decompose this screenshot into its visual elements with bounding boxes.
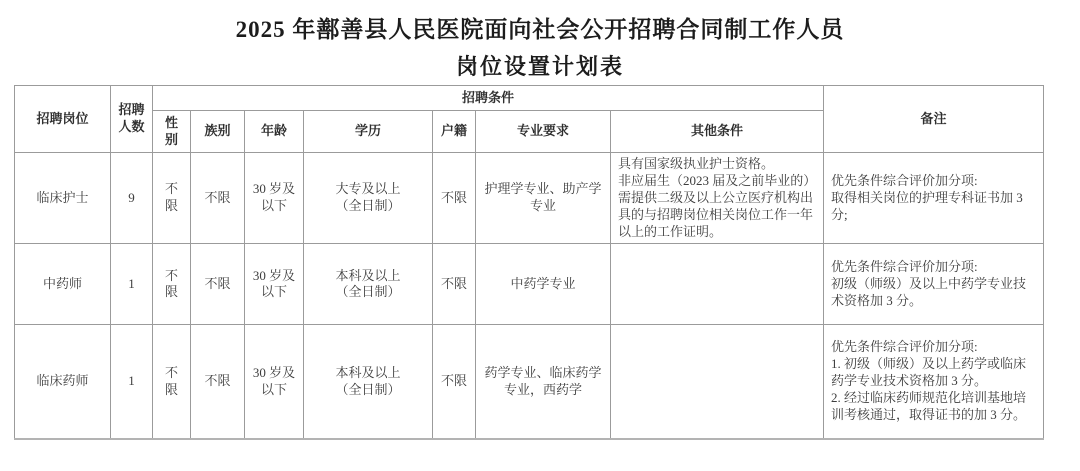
cell-education: 本科及以上 （全日制） xyxy=(304,244,433,325)
cell-major: 药学专业、临床药学专业，西药学 xyxy=(476,325,611,439)
table-row-clinical-pharmacist: 临床药师 1 不限 不限 30 岁及以下 本科及以上 （全日制） 不限 药学专业… xyxy=(15,325,1044,439)
header-household: 户籍 xyxy=(433,111,476,153)
cell-position: 临床护士 xyxy=(15,153,111,244)
cell-remarks: 优先条件综合评价加分项: 初级（师级）及以上中药学专业技术资格加 3 分。 xyxy=(824,244,1044,325)
cell-household: 不限 xyxy=(433,325,476,439)
header-ethnicity: 族别 xyxy=(191,111,245,153)
cell-count: 1 xyxy=(111,244,153,325)
header-major: 专业要求 xyxy=(476,111,611,153)
cell-other-conditions xyxy=(611,325,824,439)
header-education: 学历 xyxy=(304,111,433,153)
cell-other-conditions: 具有国家级执业护士资格。 非应届生（2023 届及之前毕业的）需提供二级及以上公… xyxy=(611,153,824,244)
header-remarks: 备注 xyxy=(824,86,1044,153)
table-row-clinical-nurse: 临床护士 9 不限 不限 30 岁及以下 大专及以上 （全日制） 不限 护理学专… xyxy=(15,153,1044,244)
cell-household: 不限 xyxy=(433,244,476,325)
cell-age: 30 岁及以下 xyxy=(245,153,304,244)
cell-gender: 不限 xyxy=(153,325,191,439)
cell-position: 中药师 xyxy=(15,244,111,325)
cell-age: 30 岁及以下 xyxy=(245,325,304,439)
cell-count: 1 xyxy=(111,325,153,439)
cell-major: 中药学专业 xyxy=(476,244,611,325)
header-position: 招聘岗位 xyxy=(15,86,111,153)
header-other: 其他条件 xyxy=(611,111,824,153)
cell-ethnicity: 不限 xyxy=(191,325,245,439)
document-title: 2025 年鄯善县人民医院面向社会公开招聘合同制工作人员 岗位设置计划表 xyxy=(0,11,1080,81)
cell-count: 9 xyxy=(111,153,153,244)
header-conditions-group: 招聘条件 xyxy=(153,86,824,111)
cell-ethnicity: 不限 xyxy=(191,153,245,244)
cell-education: 本科及以上 （全日制） xyxy=(304,325,433,439)
cell-position: 临床药师 xyxy=(15,325,111,439)
cell-major: 护理学专业、助产学专业 xyxy=(476,153,611,244)
header-row-group: 招聘岗位 招聘人数 招聘条件 备注 xyxy=(15,86,1044,111)
header-age: 年龄 xyxy=(245,111,304,153)
header-gender: 性别 xyxy=(153,111,191,153)
recruitment-plan-table: 招聘岗位 招聘人数 招聘条件 备注 性别 族别 年龄 学历 户籍 专业要求 其他… xyxy=(14,85,1044,440)
title-line-2: 岗位设置计划表 xyxy=(0,50,1080,81)
header-count: 招聘人数 xyxy=(111,86,153,153)
title-line-1: 2025 年鄯善县人民医院面向社会公开招聘合同制工作人员 xyxy=(0,11,1080,44)
cell-gender: 不限 xyxy=(153,244,191,325)
cell-household: 不限 xyxy=(433,153,476,244)
table-row-tcm-pharmacist: 中药师 1 不限 不限 30 岁及以下 本科及以上 （全日制） 不限 中药学专业… xyxy=(15,244,1044,325)
cell-ethnicity: 不限 xyxy=(191,244,245,325)
cell-other-conditions xyxy=(611,244,824,325)
cell-education: 大专及以上 （全日制） xyxy=(304,153,433,244)
cell-gender: 不限 xyxy=(153,153,191,244)
cell-age: 30 岁及以下 xyxy=(245,244,304,325)
cell-remarks: 优先条件综合评价加分项: 取得相关岗位的护理专科证书加 3 分; xyxy=(824,153,1044,244)
cell-remarks: 优先条件综合评价加分项: 1. 初级（师级）及以上药学或临床药学专业技术资格加 … xyxy=(824,325,1044,439)
